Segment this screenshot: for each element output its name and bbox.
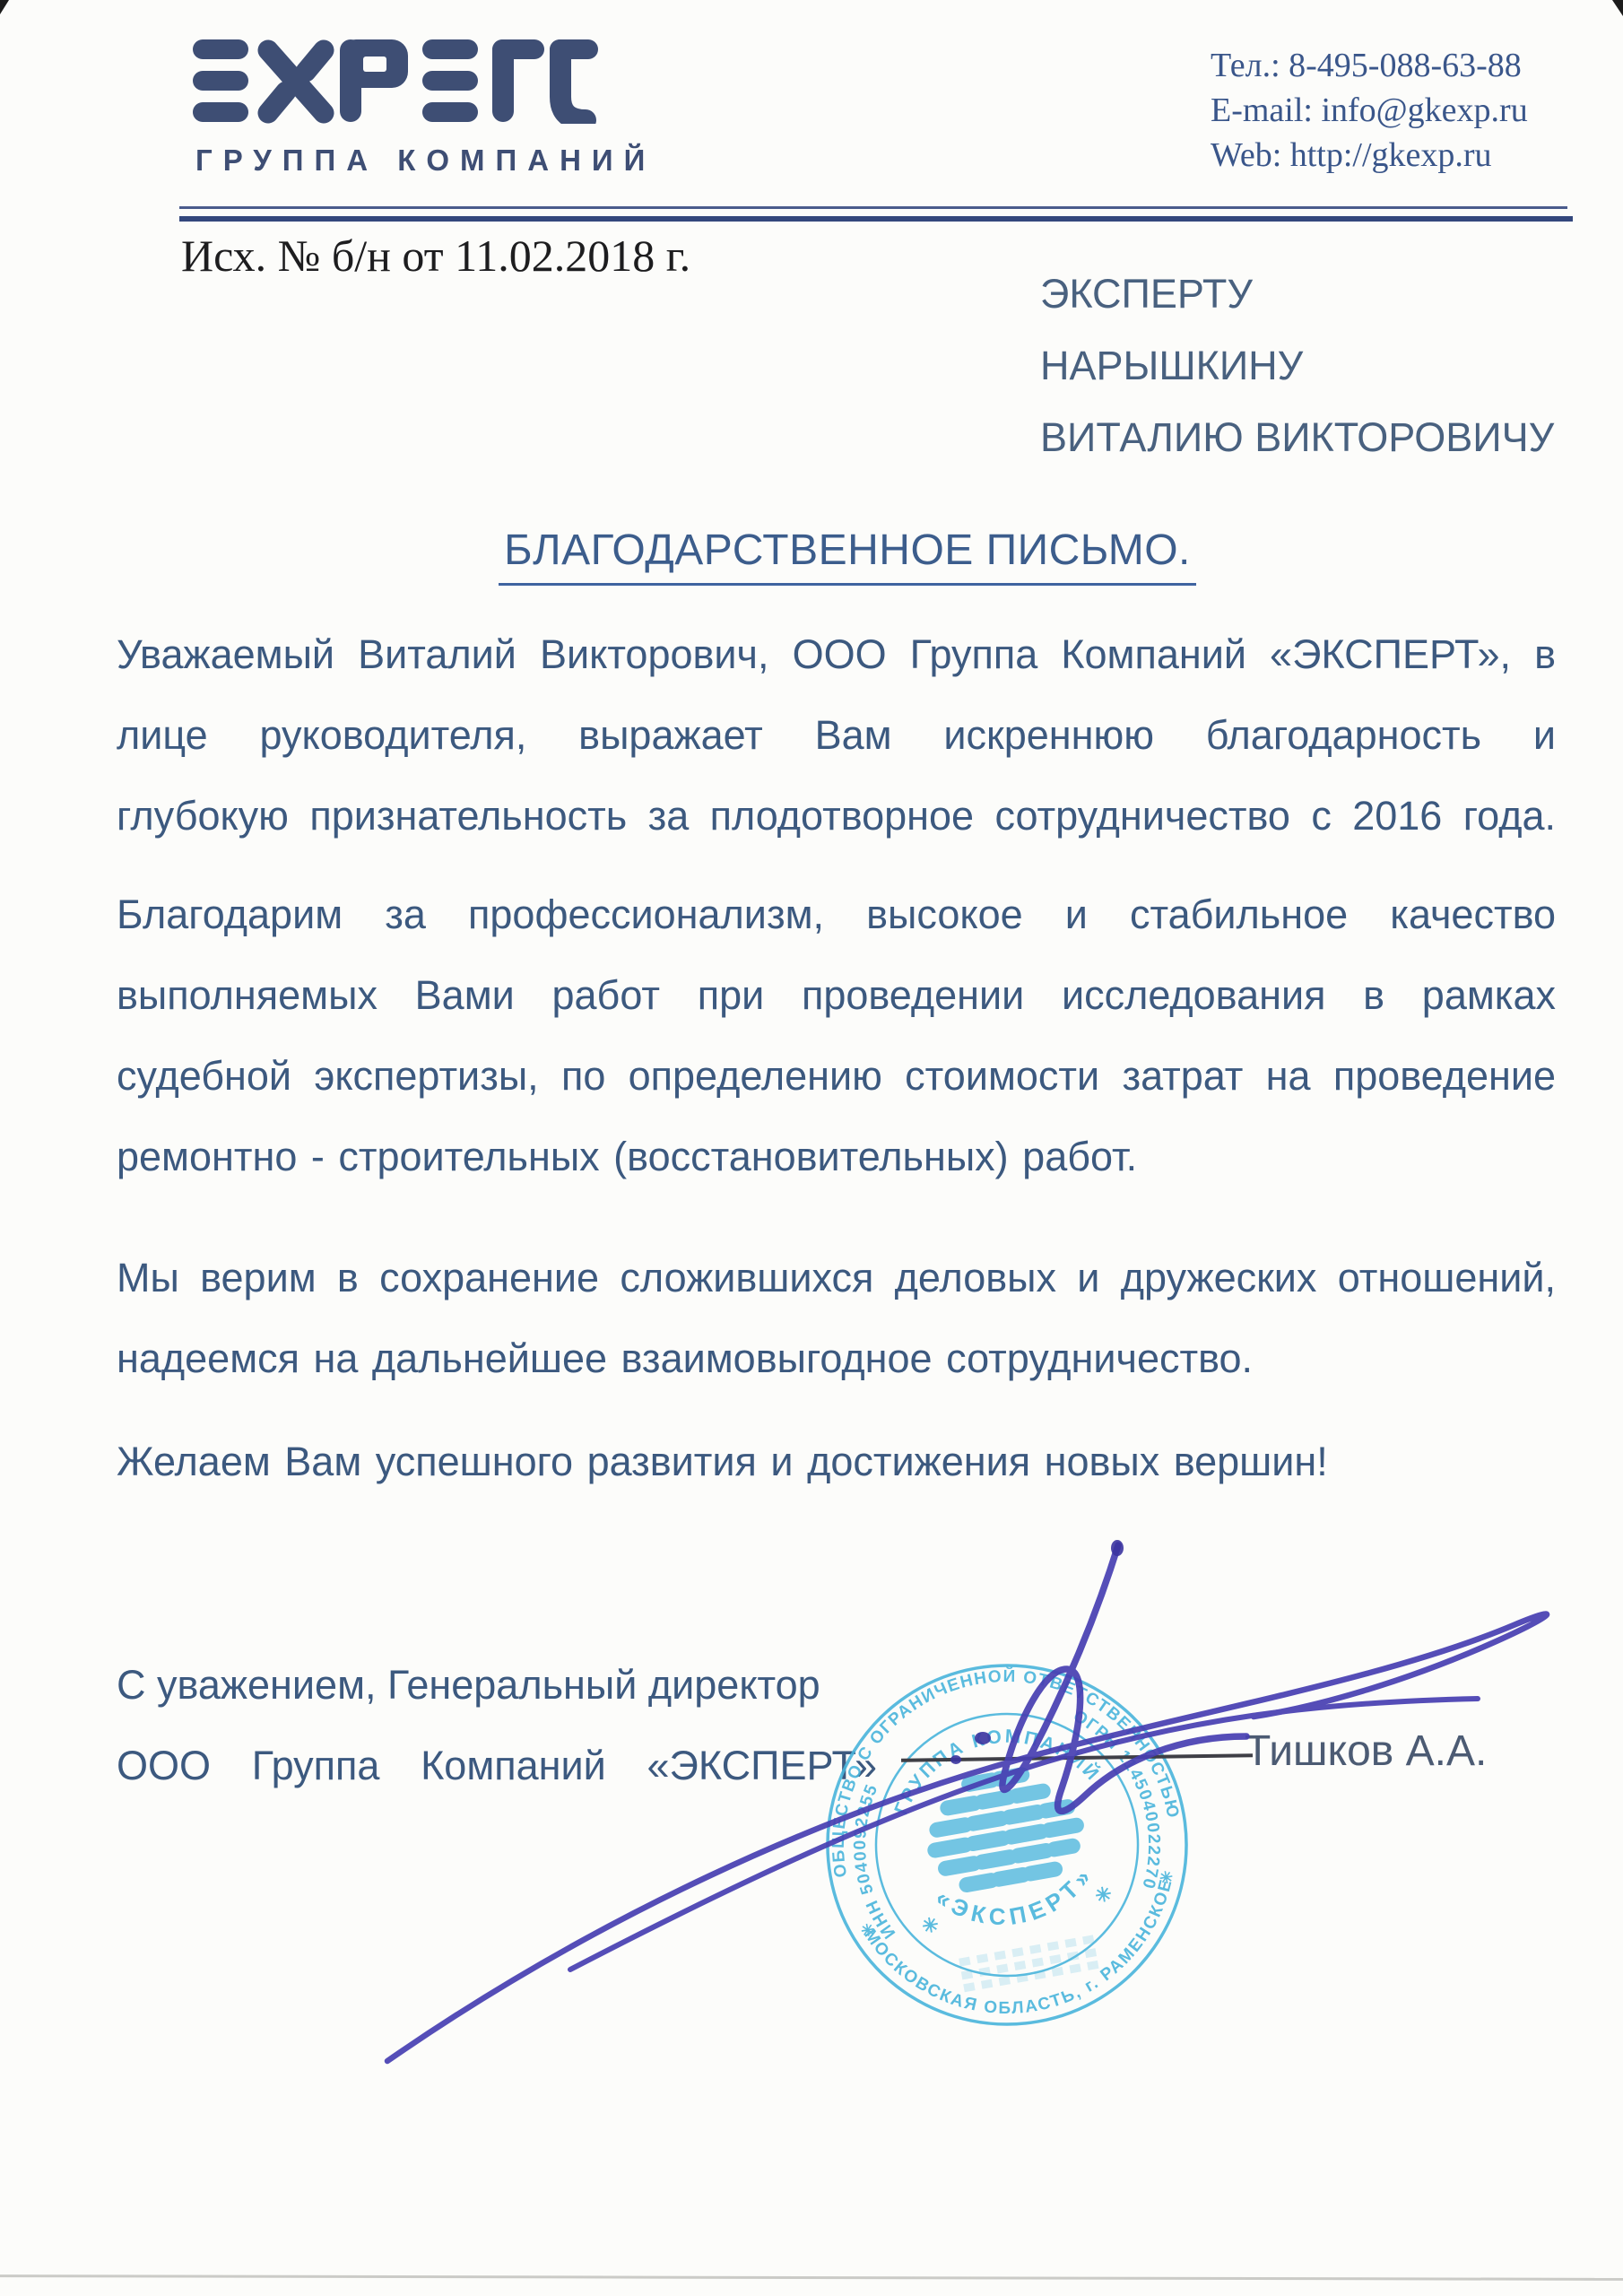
reference-number-line: Исх. № б/н от 11.02.2018 г. bbox=[181, 230, 690, 282]
contact-phone: Тел.: 8-495-088-63-88 bbox=[1211, 43, 1528, 88]
scan-bottom-edge-line bbox=[0, 2274, 1623, 2281]
stamp-star-right: ✳ bbox=[1093, 1883, 1113, 1908]
letter-title: БЛАГОДАРСТВЕННОЕ ПИСЬМО. bbox=[499, 526, 1196, 586]
letter-body: Уважаемый Виталий Викторович, ООО Группа… bbox=[117, 614, 1556, 1502]
body-line: выполняемых Вами работ при проведении ис… bbox=[117, 955, 1556, 1036]
logo-letter-t bbox=[550, 39, 598, 120]
recipient-block: ЭКСПЕРТУ НАРЫШКИНУ ВИТАЛИЮ ВИКТОРОВИЧУ bbox=[1040, 258, 1554, 474]
body-paragraph: Желаем Вам успешного развития и достижен… bbox=[117, 1422, 1556, 1502]
recipient-line: НАРЫШКИНУ bbox=[1040, 330, 1554, 402]
body-line: Мы верим в сохранение сложившихся деловы… bbox=[117, 1238, 1556, 1318]
header-rule-thin bbox=[179, 206, 1567, 209]
logo-tagline: ГРУППА КОМПАНИЙ bbox=[195, 143, 662, 178]
contact-web: Web: http://gkexp.ru bbox=[1211, 133, 1528, 178]
body-paragraph: Благодарим за профессионализм, высокое и… bbox=[117, 874, 1556, 1197]
signature-company-line: ООО Группа Компаний «ЭКСПЕРТ» bbox=[117, 1726, 877, 1806]
stamp-text-outer-bottom: МОСКОВСКАЯ ОБЛАСТЬ, г. РАМЕНСКОЕ bbox=[859, 1874, 1195, 2038]
body-line: Желаем Вам успешного развития и достижен… bbox=[117, 1422, 1556, 1502]
body-line: Благодарим за профессионализм, высокое и… bbox=[117, 874, 1556, 955]
recipient-line: ЭКСПЕРТУ bbox=[1040, 258, 1554, 330]
body-paragraph: Мы верим в сохранение сложившихся деловы… bbox=[117, 1238, 1556, 1399]
scanned-letter-page: ГРУППА КОМПАНИЙ Тел.: 8-495-088-63-88 E-… bbox=[0, 0, 1623, 2296]
body-line: лице руководителя, выражает Вам искренню… bbox=[117, 695, 1556, 776]
signature-closing-line: С уважением, Генеральный директор bbox=[117, 1645, 877, 1726]
signee-name: Тишков А.А. bbox=[1245, 1726, 1487, 1776]
stamp-star-outer-right: ✳ bbox=[1158, 1868, 1174, 1888]
header-rule-thick bbox=[179, 216, 1573, 222]
body-line: глубокую признательность за плодотворное… bbox=[117, 776, 1556, 857]
stamp-star-left: ✳ bbox=[920, 1913, 940, 1938]
company-round-stamp: ОБЩЕСТВО С ОГРАНИЧЕННОЙ ОТВЕТСТВЕННОСТЬЮ… bbox=[814, 1652, 1200, 2038]
body-line: надеемся на дальнейшее взаимовыгодное со… bbox=[117, 1318, 1556, 1399]
logo-letter-p bbox=[340, 39, 408, 122]
recipient-line: ВИТАЛИЮ ВИКТОРОВИЧУ bbox=[1040, 402, 1554, 474]
scan-corner-mark-right bbox=[1612, 0, 1623, 16]
stamp-globe-icon bbox=[924, 1767, 1083, 1889]
contact-email: E-mail: info@gkexp.ru bbox=[1211, 88, 1528, 133]
letter-title-row: БЛАГОДАРСТВЕННОЕ ПИСЬМО. bbox=[117, 526, 1578, 586]
signature-block: С уважением, Генеральный директор ООО Гр… bbox=[117, 1645, 877, 1806]
body-line: Уважаемый Виталий Викторович, ООО Группа… bbox=[117, 614, 1556, 695]
body-line: ремонтно - строительных (восстановительн… bbox=[117, 1117, 1556, 1197]
body-paragraph: Уважаемый Виталий Викторович, ООО Группа… bbox=[117, 614, 1556, 857]
header-contacts: Тел.: 8-495-088-63-88 E-mail: info@gkexp… bbox=[1211, 43, 1528, 178]
expert-logo bbox=[193, 39, 598, 124]
body-line: судебной экспертизы, по определению стои… bbox=[117, 1036, 1556, 1117]
scan-corner-mark-left bbox=[0, 0, 9, 14]
